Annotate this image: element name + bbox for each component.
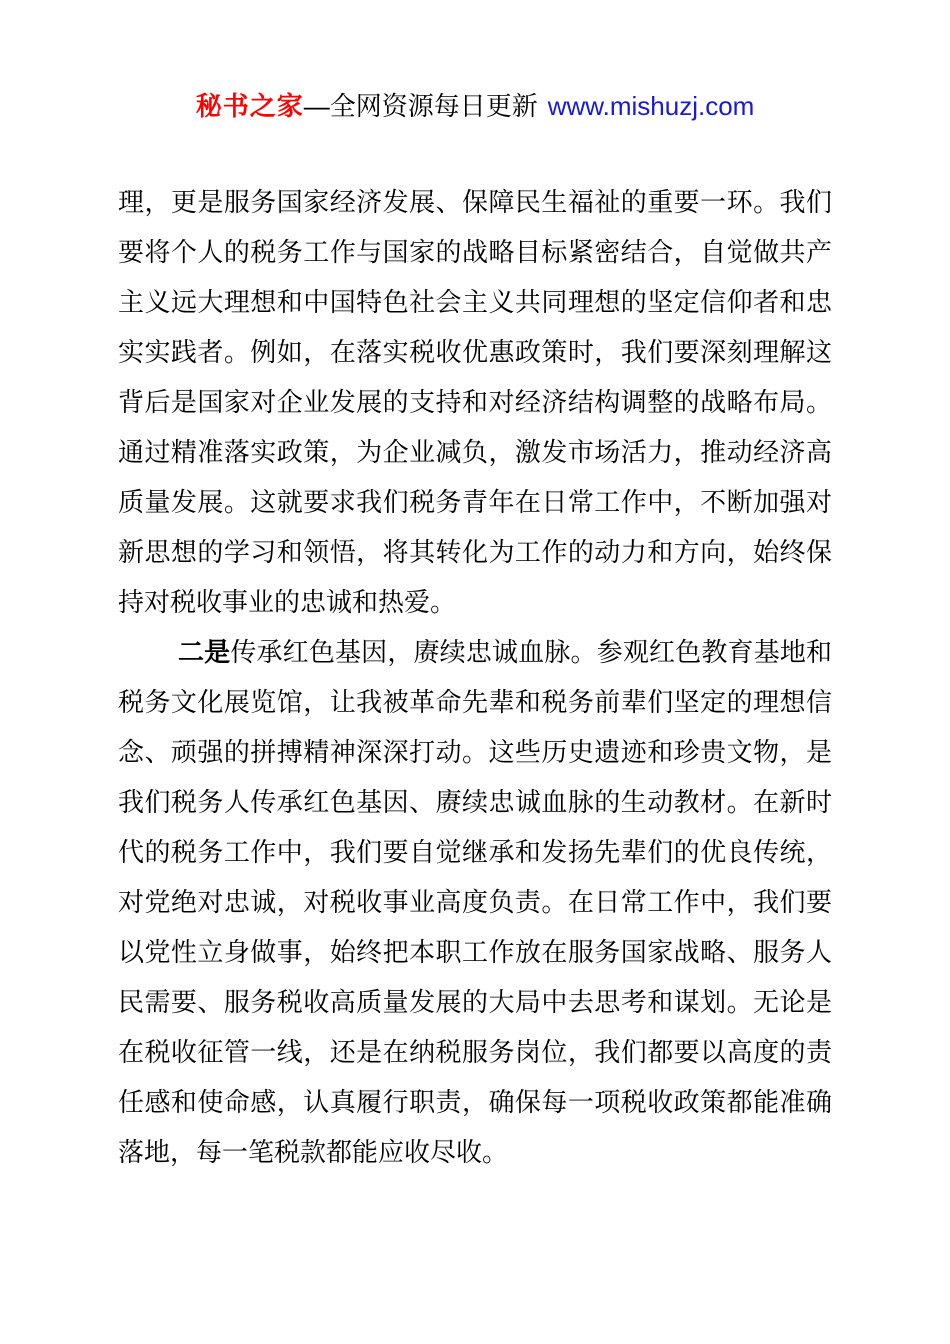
header-tagline: —全网资源每日更新	[304, 91, 538, 121]
text-line: 背后是国家对企业发展的支持和对经济结构调整的战略布局。	[118, 377, 832, 427]
bold-lead: 二是	[178, 637, 230, 667]
text-line: 对党绝对忠诚，对税收事业高度负责。在日常工作中，我们要	[118, 877, 832, 927]
text-line: 实实践者。例如，在落实税收优惠政策时，我们要深刻理解这	[118, 327, 832, 377]
text-line: 念、顽强的拼搏精神深深打动。这些历史遗迹和珍贵文物，是	[118, 727, 832, 777]
text-line: 以党性立身做事，始终把本职工作放在服务国家战略、服务人	[118, 927, 832, 977]
text-line: 落地，每一笔税款都能应收尽收。	[118, 1127, 832, 1177]
text-line: 代的税务工作中，我们要自觉继承和发扬先辈们的优良传统，	[118, 827, 832, 877]
document-body: 理，更是服务国家经济发展、保障民生福祉的重要一环。我们 要将个人的税务工作与国家…	[118, 177, 832, 1177]
text-line: 税务文化展览馆，让我被革命先辈和税务前辈们坚定的理想信	[118, 677, 832, 727]
site-name: 秘书之家	[196, 91, 304, 121]
document-page: 秘书之家—全网资源每日更新www.mishuzj.com 理，更是服务国家经济发…	[0, 0, 950, 1344]
paragraph-1: 理，更是服务国家经济发展、保障民生福祉的重要一环。我们 要将个人的税务工作与国家…	[118, 177, 832, 627]
text-line: 理，更是服务国家经济发展、保障民生福祉的重要一环。我们	[118, 177, 832, 227]
text-line: 持对税收事业的忠诚和热爱。	[118, 577, 832, 627]
text-line: 通过精准落实政策，为企业减负，激发市场活力，推动经济高	[118, 427, 832, 477]
text-line: 在税收征管一线，还是在纳税服务岗位，我们都要以高度的责	[118, 1027, 832, 1077]
site-url-link[interactable]: www.mishuzj.com	[548, 91, 755, 121]
text-line: 主义远大理想和中国特色社会主义共同理想的坚定信仰者和忠	[118, 277, 832, 327]
text-line: 任感和使命感，认真履行职责，确保每一项税收政策都能准确	[118, 1077, 832, 1127]
lead-rest: 传承红色基因，赓续忠诚血脉。参观红色教育基地和	[230, 637, 832, 667]
text-line: 要将个人的税务工作与国家的战略目标紧密结合，自觉做共产	[118, 227, 832, 277]
page-header: 秘书之家—全网资源每日更新www.mishuzj.com	[0, 0, 950, 122]
text-line: 质量发展。这就要求我们税务青年在日常工作中，不断加强对	[118, 477, 832, 527]
text-line: 民需要、服务税收高质量发展的大局中去思考和谋划。无论是	[118, 977, 832, 1027]
text-line: 我们税务人传承红色基因、赓续忠诚血脉的生动教材。在新时	[118, 777, 832, 827]
text-line: 新思想的学习和领悟，将其转化为工作的动力和方向，始终保	[118, 527, 832, 577]
paragraph-2: 二是传承红色基因，赓续忠诚血脉。参观红色教育基地和 税务文化展览馆，让我被革命先…	[118, 627, 832, 1177]
text-line: 二是传承红色基因，赓续忠诚血脉。参观红色教育基地和	[118, 627, 832, 677]
